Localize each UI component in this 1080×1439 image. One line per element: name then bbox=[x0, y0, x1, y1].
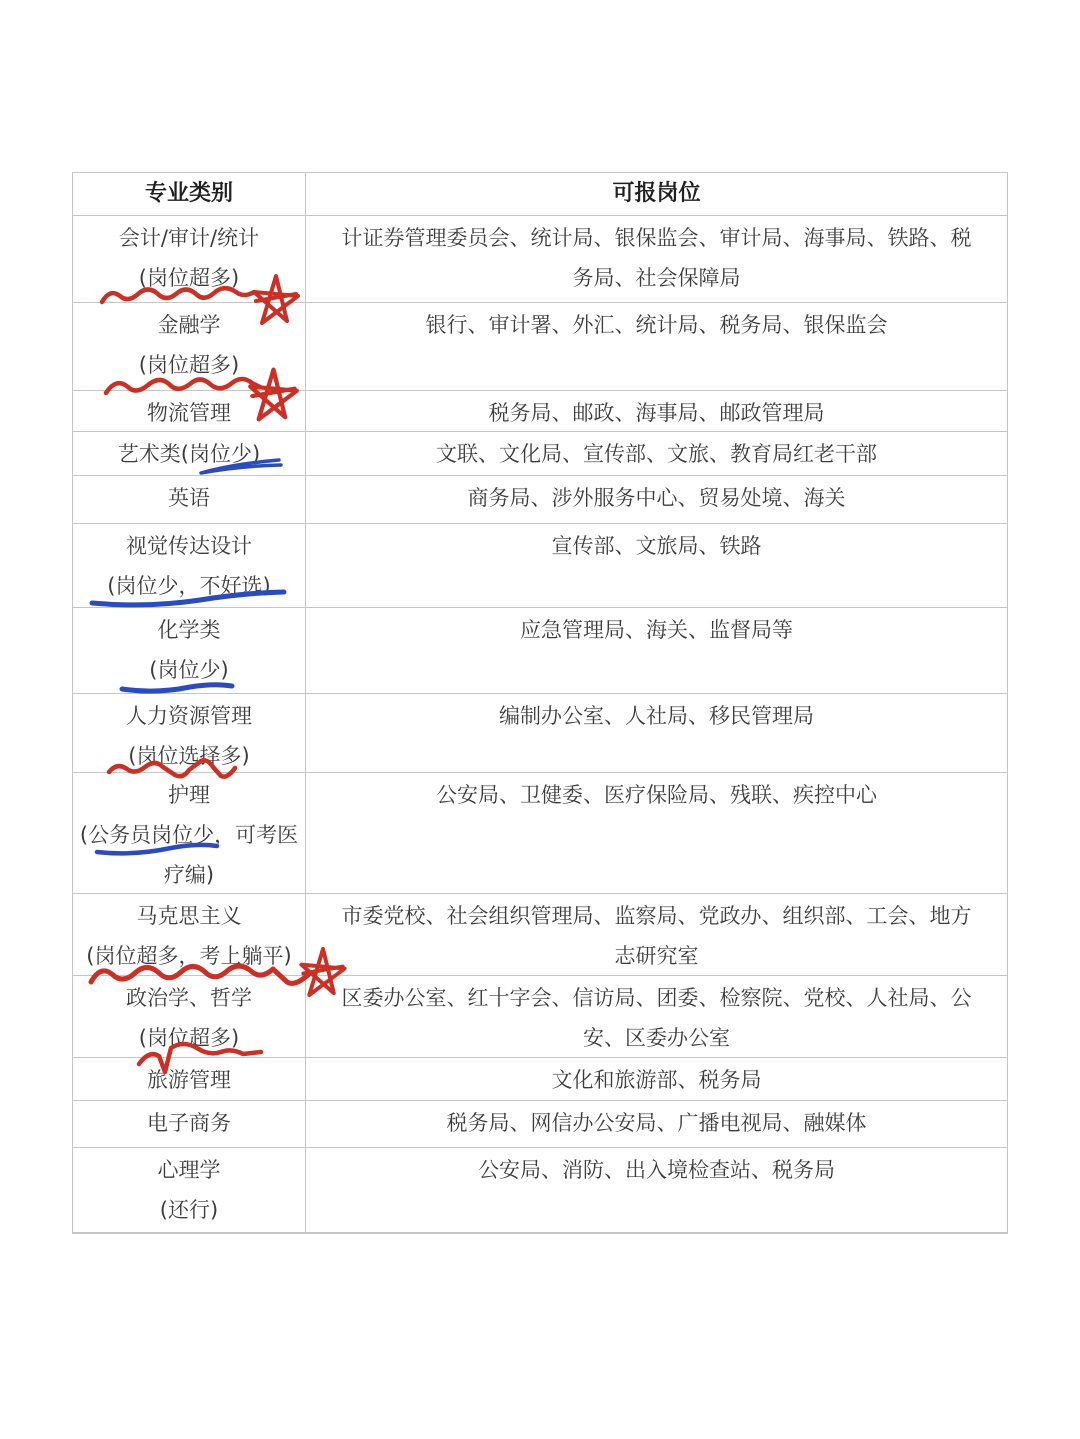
table-row: 心理学 (还行) 公安局、消防、出入境检查站、税务局 bbox=[73, 1148, 1007, 1233]
major-note: (公务员岗位少，可考医 bbox=[73, 815, 305, 855]
jobs-text: 应急管理局、海关、监督局等 bbox=[332, 610, 981, 650]
jobs-text: 商务局、涉外服务中心、贸易处境、海关 bbox=[332, 478, 981, 518]
major-note: (岗位超多，考上躺平) bbox=[73, 936, 305, 976]
major-cell: 化学类 (岗位少) bbox=[73, 608, 306, 693]
major-note: 疗编) bbox=[73, 855, 305, 895]
major-name: 金融学 bbox=[73, 305, 305, 345]
table-row: 金融学 (岗位超多) 银行、审计署、外汇、统计局、税务局、银保监会 bbox=[73, 303, 1007, 391]
table-row: 人力资源管理 (岗位选择多) 编制办公室、人社局、移民管理局 bbox=[73, 694, 1007, 773]
major-cell: 马克思主义 (岗位超多，考上躺平) bbox=[73, 894, 306, 975]
major-cell: 人力资源管理 (岗位选择多) bbox=[73, 694, 306, 772]
major-note: (还行) bbox=[73, 1190, 305, 1230]
jobs-cell: 应急管理局、海关、监督局等 bbox=[306, 608, 1007, 693]
major-cell: 电子商务 bbox=[73, 1101, 306, 1147]
major-cell: 护理 (公务员岗位少，可考医 疗编) bbox=[73, 773, 306, 893]
major-cell: 政治学、哲学 (岗位超多) bbox=[73, 976, 306, 1057]
major-name: 护理 bbox=[73, 775, 305, 815]
major-cell: 会计/审计/统计 (岗位超多) bbox=[73, 216, 306, 302]
table-row: 旅游管理 文化和旅游部、税务局 bbox=[73, 1058, 1007, 1101]
jobs-cell: 商务局、涉外服务中心、贸易处境、海关 bbox=[306, 476, 1007, 523]
major-name: 视觉传达设计 bbox=[73, 526, 305, 566]
jobs-text: 银行、审计署、外汇、统计局、税务局、银保监会 bbox=[332, 305, 981, 345]
jobs-cell: 税务局、邮政、海事局、邮政管理局 bbox=[306, 391, 1007, 431]
major-note: (岗位超多) bbox=[73, 1018, 305, 1058]
jobs-cell: 市委党校、社会组织管理局、监察局、党政办、组织部、工会、地方志研究室 bbox=[306, 894, 1007, 975]
jobs-text: 公安局、卫健委、医疗保险局、残联、疾控中心 bbox=[332, 775, 981, 815]
table-row: 视觉传达设计 (岗位少，不好选) 宣传部、文旅局、铁路 bbox=[73, 524, 1007, 608]
header-major-label: 专业类别 bbox=[73, 173, 305, 214]
jobs-text: 区委办公室、红十字会、信访局、团委、检察院、党校、人社局、公安、区委办公室 bbox=[332, 978, 981, 1058]
table-row: 马克思主义 (岗位超多，考上躺平) 市委党校、社会组织管理局、监察局、党政办、组… bbox=[73, 894, 1007, 976]
jobs-cell: 计证券管理委员会、统计局、银保监会、审计局、海事局、铁路、税务局、社会保障局 bbox=[306, 216, 1007, 302]
header-cell-jobs: 可报岗位 bbox=[306, 173, 1007, 215]
jobs-cell: 文化和旅游部、税务局 bbox=[306, 1058, 1007, 1100]
jobs-text: 市委党校、社会组织管理局、监察局、党政办、组织部、工会、地方志研究室 bbox=[332, 896, 981, 976]
major-note: (岗位选择多) bbox=[73, 736, 305, 776]
jobs-cell: 税务局、网信办公安局、广播电视局、融媒体 bbox=[306, 1101, 1007, 1147]
jobs-cell: 公安局、消防、出入境检查站、税务局 bbox=[306, 1148, 1007, 1232]
jobs-text: 税务局、邮政、海事局、邮政管理局 bbox=[332, 393, 981, 433]
major-note: (岗位少) bbox=[73, 650, 305, 690]
jobs-text: 宣传部、文旅局、铁路 bbox=[332, 526, 981, 566]
table-row: 英语 商务局、涉外服务中心、贸易处境、海关 bbox=[73, 476, 1007, 524]
major-cell: 视觉传达设计 (岗位少，不好选) bbox=[73, 524, 306, 607]
header-jobs-label: 可报岗位 bbox=[332, 173, 981, 214]
jobs-cell: 文联、文化局、宣传部、文旅、教育局红老干部 bbox=[306, 432, 1007, 475]
table-row: 护理 (公务员岗位少，可考医 疗编) 公安局、卫健委、医疗保险局、残联、疾控中心 bbox=[73, 773, 1007, 894]
header-cell-major: 专业类别 bbox=[73, 173, 306, 215]
major-name: 英语 bbox=[73, 478, 305, 518]
major-name: 电子商务 bbox=[73, 1103, 305, 1143]
table-row: 艺术类(岗位少) 文联、文化局、宣传部、文旅、教育局红老干部 bbox=[73, 432, 1007, 476]
jobs-text: 公安局、消防、出入境检查站、税务局 bbox=[332, 1150, 981, 1190]
jobs-text: 文联、文化局、宣传部、文旅、教育局红老干部 bbox=[332, 434, 981, 474]
jobs-cell: 银行、审计署、外汇、统计局、税务局、银保监会 bbox=[306, 303, 1007, 390]
jobs-text: 文化和旅游部、税务局 bbox=[332, 1060, 981, 1100]
major-name: 马克思主义 bbox=[73, 896, 305, 936]
jobs-cell: 编制办公室、人社局、移民管理局 bbox=[306, 694, 1007, 772]
major-name: 化学类 bbox=[73, 610, 305, 650]
majors-jobs-table: 专业类别 可报岗位 会计/审计/统计 (岗位超多) 计证券管理委员会、统计局、银… bbox=[72, 172, 1008, 1234]
table-row: 电子商务 税务局、网信办公安局、广播电视局、融媒体 bbox=[73, 1101, 1007, 1148]
table-header-row: 专业类别 可报岗位 bbox=[73, 173, 1007, 216]
major-name: 艺术类(岗位少) bbox=[73, 434, 305, 474]
major-cell: 旅游管理 bbox=[73, 1058, 306, 1100]
major-note: (岗位超多) bbox=[73, 345, 305, 385]
jobs-cell: 公安局、卫健委、医疗保险局、残联、疾控中心 bbox=[306, 773, 1007, 893]
major-name: 物流管理 bbox=[73, 393, 305, 433]
major-name: 政治学、哲学 bbox=[73, 978, 305, 1018]
major-name: 旅游管理 bbox=[73, 1060, 305, 1100]
major-note: (岗位少，不好选) bbox=[73, 566, 305, 606]
major-cell: 物流管理 bbox=[73, 391, 306, 431]
major-cell: 心理学 (还行) bbox=[73, 1148, 306, 1232]
table-row: 化学类 (岗位少) 应急管理局、海关、监督局等 bbox=[73, 608, 1007, 694]
major-note: (岗位超多) bbox=[73, 258, 305, 298]
table-row: 物流管理 税务局、邮政、海事局、邮政管理局 bbox=[73, 391, 1007, 432]
major-name: 会计/审计/统计 bbox=[73, 218, 305, 258]
major-cell: 艺术类(岗位少) bbox=[73, 432, 306, 475]
major-cell: 英语 bbox=[73, 476, 306, 523]
major-cell: 金融学 (岗位超多) bbox=[73, 303, 306, 390]
jobs-text: 计证券管理委员会、统计局、银保监会、审计局、海事局、铁路、税务局、社会保障局 bbox=[332, 218, 981, 298]
jobs-text: 编制办公室、人社局、移民管理局 bbox=[332, 696, 981, 736]
jobs-cell: 区委办公室、红十字会、信访局、团委、检察院、党校、人社局、公安、区委办公室 bbox=[306, 976, 1007, 1057]
table-row: 政治学、哲学 (岗位超多) 区委办公室、红十字会、信访局、团委、检察院、党校、人… bbox=[73, 976, 1007, 1058]
major-name: 人力资源管理 bbox=[73, 696, 305, 736]
major-name: 心理学 bbox=[73, 1150, 305, 1190]
jobs-cell: 宣传部、文旅局、铁路 bbox=[306, 524, 1007, 607]
table-row: 会计/审计/统计 (岗位超多) 计证券管理委员会、统计局、银保监会、审计局、海事… bbox=[73, 216, 1007, 303]
jobs-text: 税务局、网信办公安局、广播电视局、融媒体 bbox=[332, 1103, 981, 1143]
page: 专业类别 可报岗位 会计/审计/统计 (岗位超多) 计证券管理委员会、统计局、银… bbox=[0, 0, 1080, 1439]
